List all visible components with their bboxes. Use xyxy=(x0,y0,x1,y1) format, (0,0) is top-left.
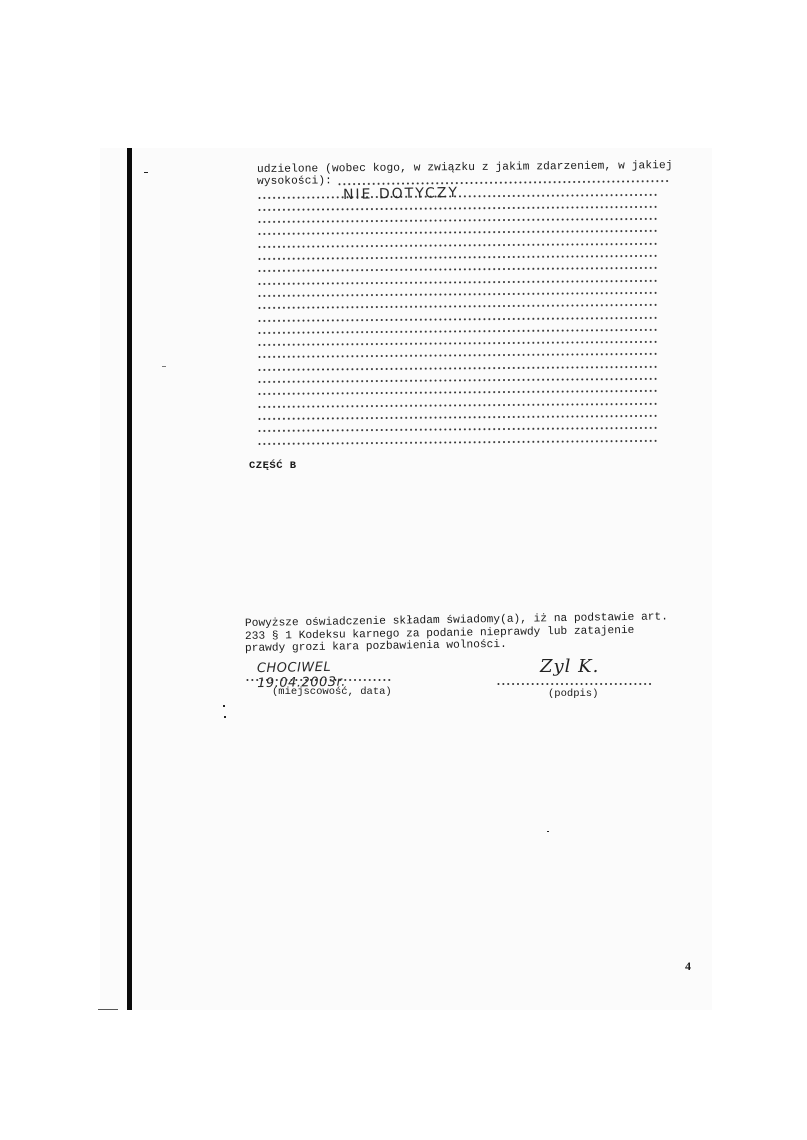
section-b-heading: CZĘŚĆ B xyxy=(249,460,297,472)
scan-speck xyxy=(547,831,549,832)
scan-speck xyxy=(224,716,226,718)
scan-speck xyxy=(223,705,225,707)
dotted-fill xyxy=(257,440,659,445)
signature-field: Zyl K. xyxy=(496,660,652,686)
blank-dotted-line xyxy=(257,431,659,446)
blank-dotted-lines xyxy=(257,189,667,447)
signature-handwritten: Zyl K. xyxy=(540,656,599,677)
scan-speck xyxy=(162,366,166,367)
handwritten-answer: NIE DOTYCZY xyxy=(343,185,459,203)
declaration-statement: Powyższe oświadczenie składam świadomy(a… xyxy=(245,618,668,656)
dotted-fill xyxy=(337,181,669,186)
dotted-fill xyxy=(496,683,652,685)
scan-artifact-line xyxy=(98,1009,118,1010)
place-date-caption: (miejscowość, data) xyxy=(272,686,392,698)
part-a-text-block: udzielone (wobec kogo, w związku z jakim… xyxy=(257,164,667,447)
page-number: 4 xyxy=(685,959,691,974)
scan-speck xyxy=(144,172,148,173)
amount-label: wysokości): xyxy=(257,176,332,189)
place-date-field: CHOCIWEL 19.04.2003r. xyxy=(245,662,393,682)
signature-caption: (podpis) xyxy=(548,688,598,700)
binding-edge-bar xyxy=(127,148,132,1010)
